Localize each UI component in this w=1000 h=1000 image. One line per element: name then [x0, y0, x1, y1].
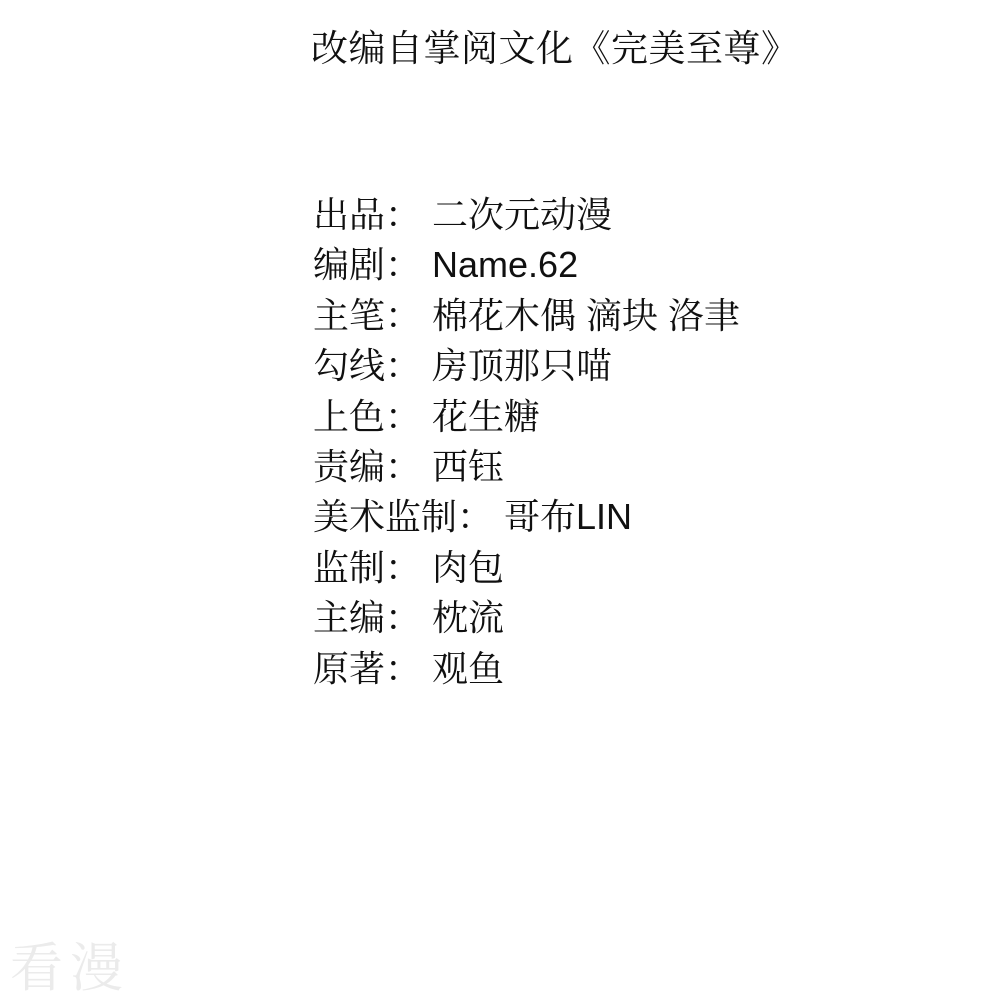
- credit-line-screenwriter: 编剧：Name.62: [313, 240, 740, 290]
- credit-role-label: 主笔：: [313, 295, 421, 336]
- credit-line-inking: 勾线：房顶那只喵: [313, 341, 740, 391]
- credit-line-art-supervisor: 美术监制：哥布LIN: [313, 492, 740, 542]
- credit-role-label: 美术监制：: [313, 496, 493, 537]
- credit-value: 肉包: [432, 547, 504, 588]
- credit-line-lead-artist: 主笔：棉花木偶 滴块 洛聿: [313, 291, 740, 341]
- credit-line-supervisor: 监制：肉包: [313, 543, 740, 593]
- credit-line-original-author: 原著：观鱼: [313, 644, 740, 694]
- credits-list: 出品：二次元动漫 编剧：Name.62 主笔：棉花木偶 滴块 洛聿 勾线：房顶那…: [313, 190, 740, 694]
- credit-role-label: 责编：: [313, 446, 421, 487]
- credit-role-label: 原著：: [313, 648, 421, 689]
- credit-value: 哥布LIN: [504, 496, 632, 537]
- credit-role-label: 勾线：: [313, 345, 421, 386]
- watermark: 看漫: [10, 926, 130, 1000]
- credit-value: 枕流: [432, 597, 504, 638]
- adaptation-title: 改编自掌阅文化《完美至尊》: [311, 28, 799, 71]
- credit-role-label: 监制：: [313, 547, 421, 588]
- credit-value: 二次元动漫: [432, 194, 612, 235]
- credit-role-label: 上色：: [313, 396, 421, 437]
- credit-line-coloring: 上色：花生糖: [313, 392, 740, 442]
- credit-value: 房顶那只喵: [432, 345, 612, 386]
- credit-value: 棉花木偶 滴块 洛聿: [432, 295, 740, 336]
- credit-role-label: 主编：: [313, 597, 421, 638]
- credit-value: 观鱼: [432, 648, 504, 689]
- credit-role-label: 出品：: [313, 194, 421, 235]
- credit-value: 花生糖: [432, 396, 540, 437]
- credit-line-chief-editor: 主编：枕流: [313, 593, 740, 643]
- credit-role-label: 编剧：: [313, 244, 421, 285]
- credit-line-producer: 出品：二次元动漫: [313, 190, 740, 240]
- credit-value: Name.62: [432, 244, 578, 285]
- credit-line-editor: 责编：西钰: [313, 442, 740, 492]
- credits-page: 改编自掌阅文化《完美至尊》 出品：二次元动漫 编剧：Name.62 主笔：棉花木…: [0, 0, 1000, 1000]
- credit-value: 西钰: [432, 446, 504, 487]
